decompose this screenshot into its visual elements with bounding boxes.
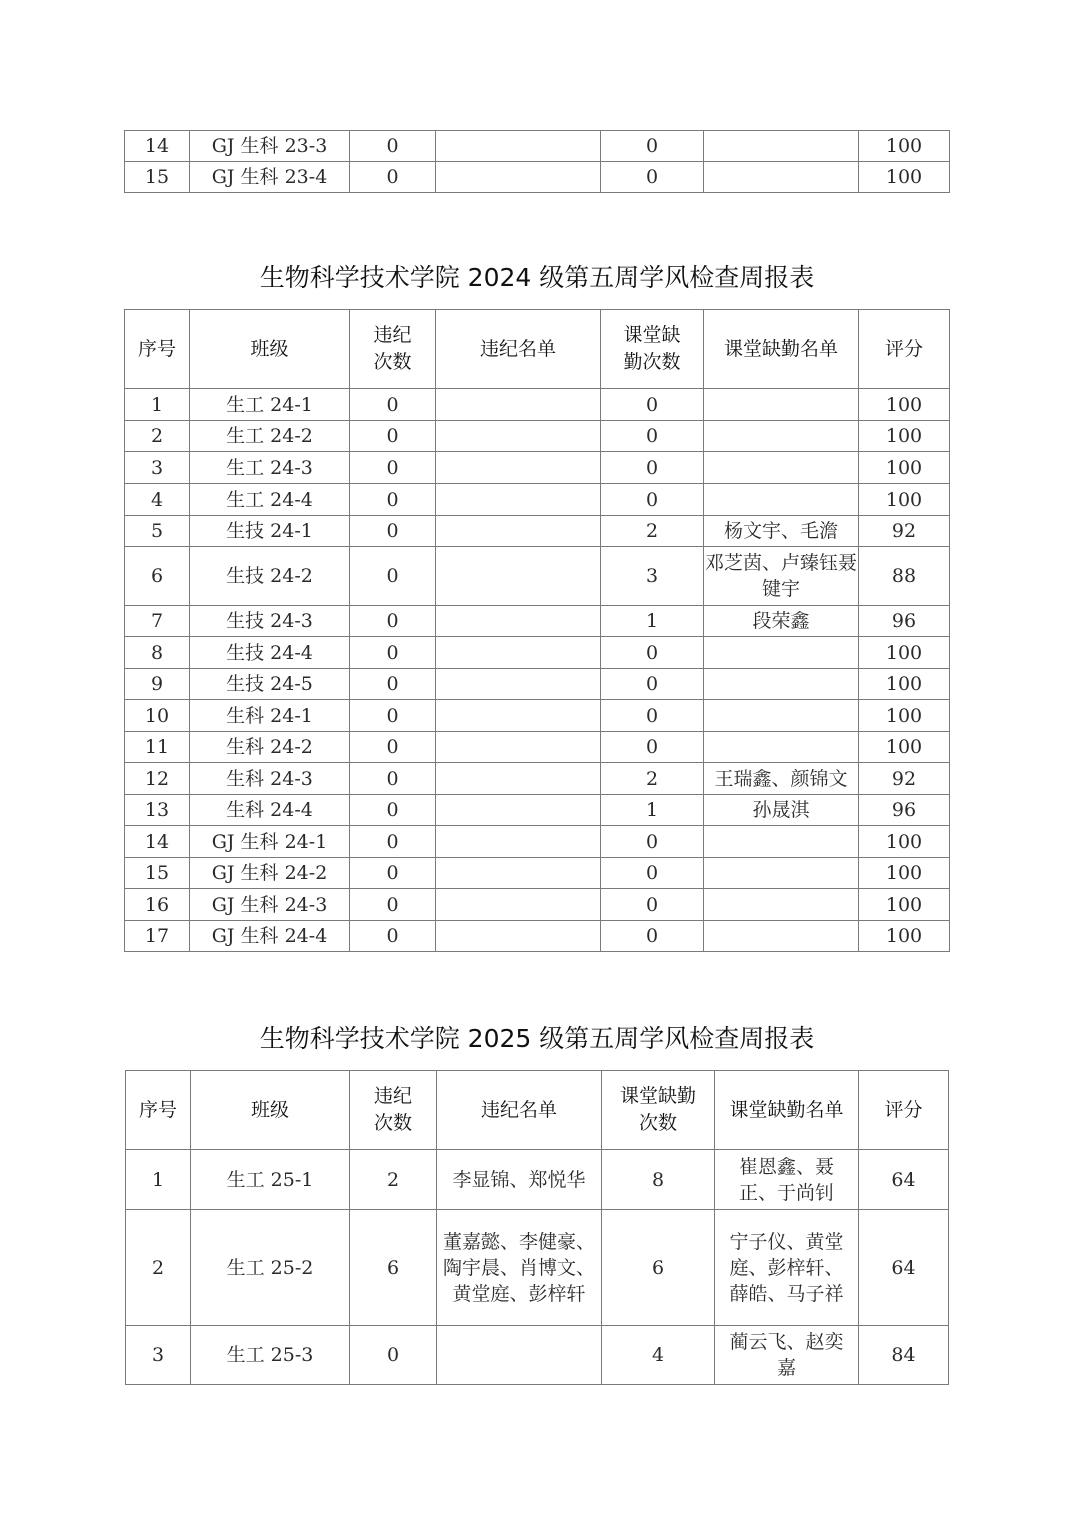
table-row: 2生工 24-200100 xyxy=(125,421,950,452)
row-number: 2 xyxy=(126,1210,191,1326)
violation-count: 0 xyxy=(350,131,436,162)
table-row: 14GJ 生科 23-300100 xyxy=(125,131,950,162)
violation-names xyxy=(436,795,601,826)
violation-count: 0 xyxy=(350,921,436,952)
violation-names xyxy=(436,547,601,606)
score: 100 xyxy=(859,732,950,763)
absence-names xyxy=(704,669,859,700)
absence-names: 宁子仪、黄堂庭、彭梓轩、薛皓、马子祥 xyxy=(715,1210,859,1326)
table-row: 11生科 24-200100 xyxy=(125,732,950,763)
table-row: 16GJ 生科 24-300100 xyxy=(125,889,950,921)
title-2024: 生物科学技术学院 2024 级第五周学风检查周报表 xyxy=(0,258,1074,294)
class-name: GJ 生科 23-3 xyxy=(190,131,350,162)
absence-count: 8 xyxy=(602,1150,715,1210)
row-number: 11 xyxy=(125,732,190,763)
violation-names xyxy=(436,484,601,516)
violation-count: 2 xyxy=(350,1150,437,1210)
absence-names: 邓芝茵、卢臻钰聂键宇 xyxy=(704,547,859,606)
absence-count: 0 xyxy=(601,162,704,193)
score: 96 xyxy=(859,795,950,826)
header-absence-names: 课堂缺勤名单 xyxy=(704,310,859,389)
class-name: GJ 生科 23-4 xyxy=(190,162,350,193)
row-number: 14 xyxy=(125,131,190,162)
score: 100 xyxy=(859,700,950,732)
row-number: 15 xyxy=(125,162,190,193)
table-2023-continued: 14GJ 生科 23-30010015GJ 生科 23-400100 xyxy=(124,130,950,193)
absence-count: 0 xyxy=(601,669,704,700)
violation-count: 0 xyxy=(350,516,436,547)
score: 100 xyxy=(859,131,950,162)
table-row: 2生工 25-26董嘉懿、李健豪、陶宇晨、肖博文、黄堂庭、彭梓轩6宁子仪、黄堂庭… xyxy=(126,1210,949,1326)
class-name: 生工 24-4 xyxy=(190,484,350,516)
absence-names xyxy=(704,452,859,484)
score: 64 xyxy=(859,1210,949,1326)
class-name: GJ 生科 24-3 xyxy=(190,889,350,921)
violation-names xyxy=(436,700,601,732)
table-row: 7生技 24-301段荣鑫96 xyxy=(125,606,950,637)
violation-names xyxy=(436,131,601,162)
score: 84 xyxy=(859,1326,949,1385)
violation-count: 0 xyxy=(350,732,436,763)
absence-names xyxy=(704,889,859,921)
table-row: 4生工 24-400100 xyxy=(125,484,950,516)
header-class: 班级 xyxy=(191,1071,350,1150)
score: 92 xyxy=(859,763,950,795)
violation-count: 0 xyxy=(350,858,436,889)
violation-names xyxy=(436,669,601,700)
absence-names xyxy=(704,732,859,763)
row-number: 16 xyxy=(125,889,190,921)
row-number: 4 xyxy=(125,484,190,516)
header-no: 序号 xyxy=(125,310,190,389)
absence-names xyxy=(704,826,859,858)
absence-names xyxy=(704,700,859,732)
row-number: 12 xyxy=(125,763,190,795)
absence-count: 0 xyxy=(601,484,704,516)
absence-count: 2 xyxy=(601,516,704,547)
absence-names: 段荣鑫 xyxy=(704,606,859,637)
header-violation-names: 违纪名单 xyxy=(436,310,601,389)
absence-count: 2 xyxy=(601,763,704,795)
absence-count: 0 xyxy=(601,826,704,858)
violation-count: 0 xyxy=(350,889,436,921)
absence-names: 崔恩鑫、聂正、于尚钊 xyxy=(715,1150,859,1210)
violation-count: 0 xyxy=(350,452,436,484)
class-name: 生工 25-1 xyxy=(191,1150,350,1210)
absence-count: 0 xyxy=(601,858,704,889)
header-row: 序号 班级 违纪次数 违纪名单 课堂缺勤次数 课堂缺勤名单 评分 xyxy=(126,1071,949,1150)
score: 100 xyxy=(859,889,950,921)
violation-names xyxy=(436,732,601,763)
class-name: 生技 24-3 xyxy=(190,606,350,637)
score: 64 xyxy=(859,1150,949,1210)
absence-count: 1 xyxy=(601,795,704,826)
class-name: GJ 生科 24-4 xyxy=(190,921,350,952)
violation-names xyxy=(436,637,601,669)
class-name: 生工 24-2 xyxy=(190,421,350,452)
row-number: 5 xyxy=(125,516,190,547)
violation-names: 董嘉懿、李健豪、陶宇晨、肖博文、黄堂庭、彭梓轩 xyxy=(437,1210,602,1326)
header-absences: 课堂缺勤次数 xyxy=(602,1071,715,1150)
score: 100 xyxy=(859,637,950,669)
absence-names: 孙晟淇 xyxy=(704,795,859,826)
class-name: 生技 24-2 xyxy=(190,547,350,606)
class-name: 生工 25-3 xyxy=(191,1326,350,1385)
violation-count: 0 xyxy=(350,547,436,606)
violation-names xyxy=(436,162,601,193)
header-absence-names: 课堂缺勤名单 xyxy=(715,1071,859,1150)
violation-names xyxy=(436,858,601,889)
table-row: 15GJ 生科 24-200100 xyxy=(125,858,950,889)
violation-names xyxy=(436,421,601,452)
table-row: 1生工 25-12李显锦、郑悦华8崔恩鑫、聂正、于尚钊64 xyxy=(126,1150,949,1210)
violation-count: 0 xyxy=(350,700,436,732)
table-row: 17GJ 生科 24-400100 xyxy=(125,921,950,952)
absence-count: 0 xyxy=(601,637,704,669)
violation-count: 6 xyxy=(350,1210,437,1326)
header-no: 序号 xyxy=(126,1071,191,1150)
absence-count: 0 xyxy=(601,452,704,484)
row-number: 15 xyxy=(125,858,190,889)
violation-count: 0 xyxy=(350,795,436,826)
absence-count: 3 xyxy=(601,547,704,606)
class-name: 生技 24-1 xyxy=(190,516,350,547)
absence-names: 蔺云飞、赵奕嘉 xyxy=(715,1326,859,1385)
class-name: 生科 24-4 xyxy=(190,795,350,826)
absence-names xyxy=(704,162,859,193)
violation-count: 0 xyxy=(350,484,436,516)
table-row: 12生科 24-302王瑞鑫、颜锦文92 xyxy=(125,763,950,795)
absence-names xyxy=(704,921,859,952)
violation-names xyxy=(436,763,601,795)
table-row: 6生技 24-203邓芝茵、卢臻钰聂键宇88 xyxy=(125,547,950,606)
absence-count: 0 xyxy=(601,700,704,732)
absence-count: 0 xyxy=(601,921,704,952)
header-row: 序号 班级 违纪次数 违纪名单 课堂缺勤次数 课堂缺勤名单 评分 xyxy=(125,310,950,389)
violation-names xyxy=(436,389,601,421)
violation-count: 0 xyxy=(350,389,436,421)
row-number: 1 xyxy=(125,389,190,421)
table-2025: 序号 班级 违纪次数 违纪名单 课堂缺勤次数 课堂缺勤名单 评分 1生工 25-… xyxy=(125,1070,949,1385)
violation-names xyxy=(436,606,601,637)
table-row: 3生工 25-304蔺云飞、赵奕嘉84 xyxy=(126,1326,949,1385)
row-number: 13 xyxy=(125,795,190,826)
violation-count: 0 xyxy=(350,763,436,795)
table-row: 14GJ 生科 24-100100 xyxy=(125,826,950,858)
score: 88 xyxy=(859,547,950,606)
header-violations: 违纪次数 xyxy=(350,310,436,389)
violation-names xyxy=(436,826,601,858)
score: 100 xyxy=(859,858,950,889)
table-2024: 序号 班级 违纪次数 违纪名单 课堂缺勤次数 课堂缺勤名单 评分 1生工 24-… xyxy=(124,309,950,952)
row-number: 3 xyxy=(126,1326,191,1385)
row-number: 6 xyxy=(125,547,190,606)
score: 100 xyxy=(859,162,950,193)
violation-count: 0 xyxy=(350,826,436,858)
table-row: 1生工 24-100100 xyxy=(125,389,950,421)
row-number: 7 xyxy=(125,606,190,637)
score: 100 xyxy=(859,921,950,952)
class-name: 生工 24-3 xyxy=(190,452,350,484)
header-violations: 违纪次数 xyxy=(350,1071,437,1150)
violation-count: 0 xyxy=(350,421,436,452)
score: 100 xyxy=(859,389,950,421)
violation-count: 0 xyxy=(350,162,436,193)
header-score: 评分 xyxy=(859,310,950,389)
score: 100 xyxy=(859,452,950,484)
class-name: 生科 24-2 xyxy=(190,732,350,763)
violation-count: 0 xyxy=(350,669,436,700)
table-row: 9生技 24-500100 xyxy=(125,669,950,700)
class-name: 生工 25-2 xyxy=(191,1210,350,1326)
absence-names xyxy=(704,858,859,889)
class-name: GJ 生科 24-2 xyxy=(190,858,350,889)
row-number: 3 xyxy=(125,452,190,484)
violation-names xyxy=(436,921,601,952)
row-number: 2 xyxy=(125,421,190,452)
violation-count: 0 xyxy=(350,637,436,669)
header-absences: 课堂缺勤次数 xyxy=(601,310,704,389)
class-name: 生技 24-4 xyxy=(190,637,350,669)
absence-names xyxy=(704,637,859,669)
absence-count: 1 xyxy=(601,606,704,637)
class-name: 生技 24-5 xyxy=(190,669,350,700)
score: 92 xyxy=(859,516,950,547)
violation-names xyxy=(436,889,601,921)
score: 100 xyxy=(859,421,950,452)
class-name: 生工 24-1 xyxy=(190,389,350,421)
header-score: 评分 xyxy=(859,1071,949,1150)
table-row: 5生技 24-102杨文宇、毛澹92 xyxy=(125,516,950,547)
absence-names: 杨文宇、毛澹 xyxy=(704,516,859,547)
score: 100 xyxy=(859,826,950,858)
class-name: 生科 24-1 xyxy=(190,700,350,732)
row-number: 9 xyxy=(125,669,190,700)
header-violation-names: 违纪名单 xyxy=(437,1071,602,1150)
table-row: 8生技 24-400100 xyxy=(125,637,950,669)
violation-names xyxy=(437,1326,602,1385)
table-row: 3生工 24-300100 xyxy=(125,452,950,484)
score: 100 xyxy=(859,484,950,516)
absence-count: 4 xyxy=(602,1326,715,1385)
row-number: 10 xyxy=(125,700,190,732)
row-number: 1 xyxy=(126,1150,191,1210)
absence-names xyxy=(704,421,859,452)
class-name: GJ 生科 24-1 xyxy=(190,826,350,858)
violation-count: 0 xyxy=(350,606,436,637)
table-row: 15GJ 生科 23-400100 xyxy=(125,162,950,193)
absence-names xyxy=(704,131,859,162)
score: 96 xyxy=(859,606,950,637)
violation-names xyxy=(436,452,601,484)
class-name: 生科 24-3 xyxy=(190,763,350,795)
header-class: 班级 xyxy=(190,310,350,389)
row-number: 8 xyxy=(125,637,190,669)
score: 100 xyxy=(859,669,950,700)
violation-names xyxy=(436,516,601,547)
absence-count: 6 xyxy=(602,1210,715,1326)
table-row: 13生科 24-401孙晟淇96 xyxy=(125,795,950,826)
absence-count: 0 xyxy=(601,889,704,921)
absence-count: 0 xyxy=(601,421,704,452)
violation-names: 李显锦、郑悦华 xyxy=(437,1150,602,1210)
absence-names xyxy=(704,484,859,516)
absence-count: 0 xyxy=(601,732,704,763)
row-number: 14 xyxy=(125,826,190,858)
row-number: 17 xyxy=(125,921,190,952)
absence-count: 0 xyxy=(601,389,704,421)
absence-names: 王瑞鑫、颜锦文 xyxy=(704,763,859,795)
violation-count: 0 xyxy=(350,1326,437,1385)
absence-count: 0 xyxy=(601,131,704,162)
title-2025: 生物科学技术学院 2025 级第五周学风检查周报表 xyxy=(0,1019,1074,1055)
table-row: 10生科 24-100100 xyxy=(125,700,950,732)
absence-names xyxy=(704,389,859,421)
